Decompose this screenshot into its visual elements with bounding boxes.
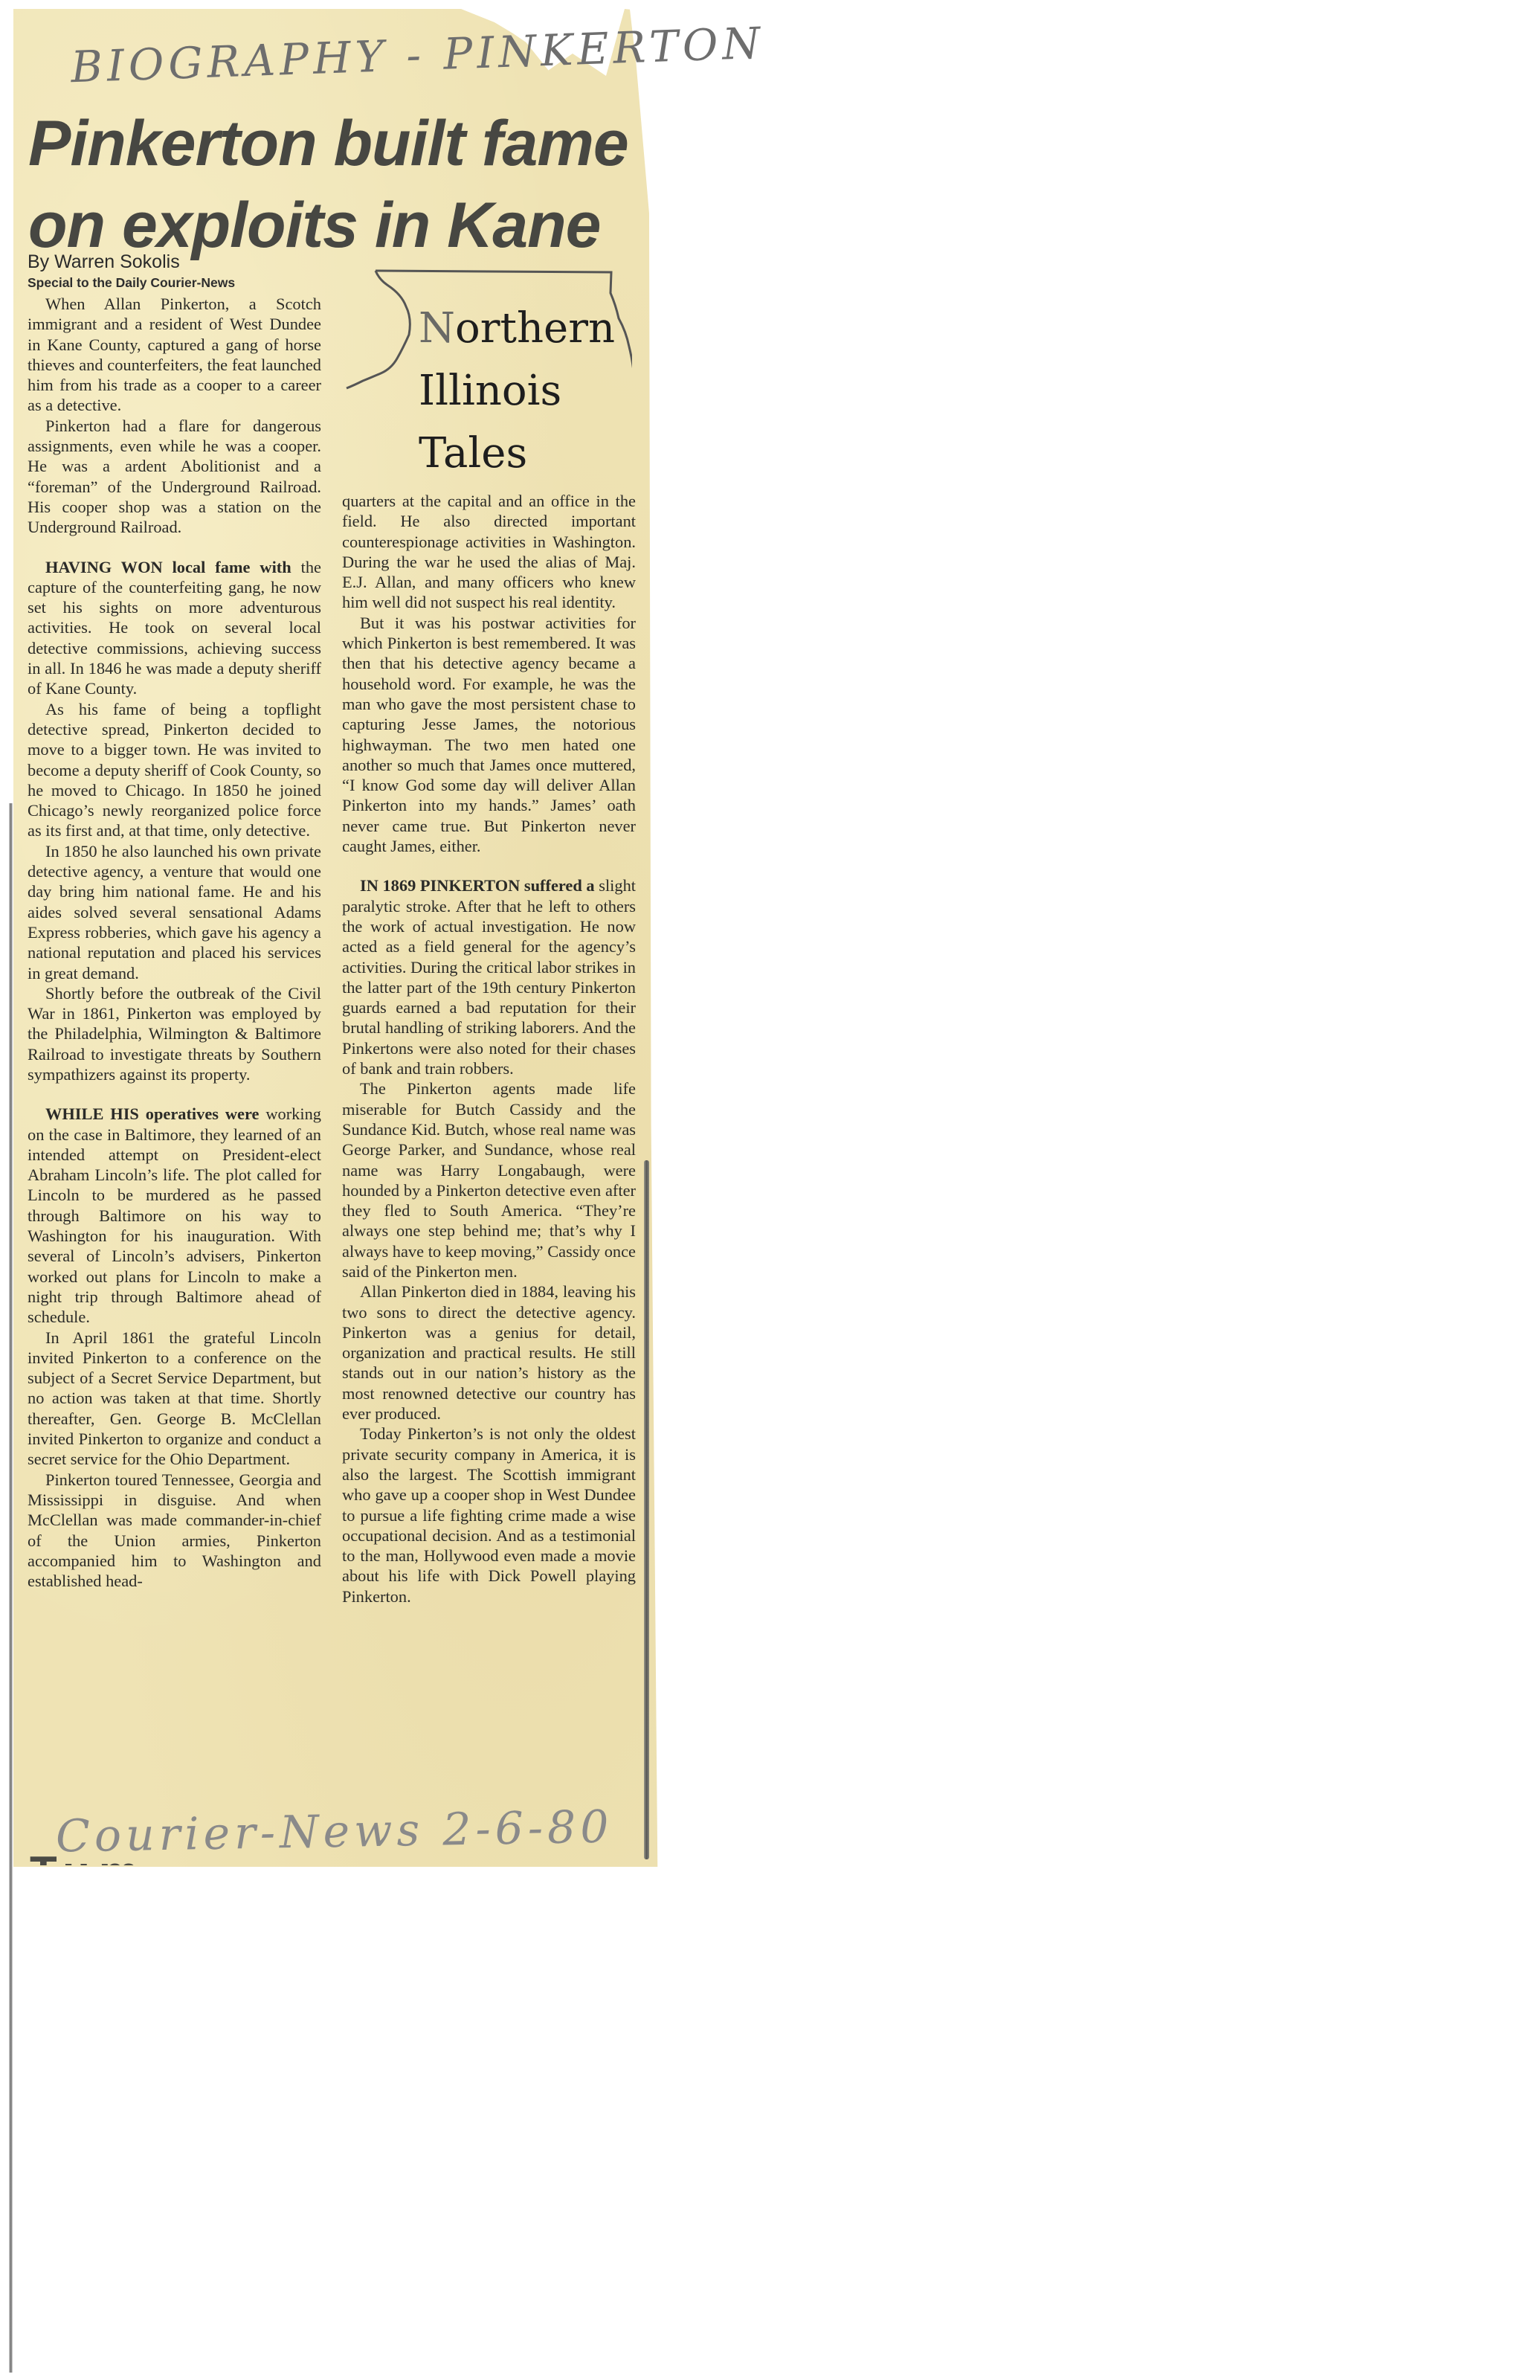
- paragraph-lead: IN 1869 PINKERTON suffered a: [360, 876, 595, 895]
- paragraph: HAVING WON local fame with the capture o…: [28, 557, 321, 699]
- paragraph: Pinkerton had a flare for dangerous assi…: [28, 416, 321, 538]
- paragraph: Shortly before the outbreak of the Civil…: [28, 983, 321, 1084]
- logo-initial: N: [419, 304, 455, 353]
- paragraph: In 1850 he also launched his own private…: [28, 841, 321, 983]
- northern-illinois-tales-logo: Northern Illinois Tales: [335, 260, 632, 476]
- paragraph: WHILE HIS operatives were working on the…: [28, 1104, 321, 1327]
- scan-edge-line: [9, 803, 13, 2373]
- paragraph: When Allan Pinkerton, a Scotch immigrant…: [28, 294, 321, 416]
- paragraph-lead: WHILE HIS operatives were: [45, 1104, 259, 1123]
- paragraph: But it was his postwar activities for wh…: [342, 613, 636, 857]
- article-column-left: When Allan Pinkerton, a Scotch immigrant…: [28, 294, 321, 1591]
- headline: Pinkerton built fame on exploits in Kane: [28, 103, 638, 266]
- paragraph-body: working on the case in Baltimore, they l…: [28, 1104, 321, 1326]
- paragraph: The Pinkerton agents made life miserable…: [342, 1078, 636, 1281]
- clipping-edge-shadow: [644, 1160, 649, 1859]
- byline: By Warren Sokolis: [28, 251, 180, 273]
- cut-off-headline: Tum...: [30, 1850, 211, 1865]
- paragraph: Today Pinkerton’s is not only the oldest…: [342, 1424, 636, 1606]
- paragraph: In April 1861 the grateful Lincoln invit…: [28, 1328, 321, 1470]
- paragraph: As his fame of being a topflight detecti…: [28, 699, 321, 841]
- logo-title: Northern Illinois Tales: [419, 297, 615, 485]
- paragraph-body: slight paralytic stroke. After that he l…: [342, 876, 636, 1078]
- headline-line-1: Pinkerton built fame: [28, 103, 638, 184]
- paragraph: Pinkerton toured Tennessee, Georgia and …: [28, 1470, 321, 1592]
- credit-line: Special to the Daily Courier-News: [28, 275, 235, 291]
- logo-line-2: Illinois: [419, 360, 615, 422]
- paragraph: quarters at the capital and an office in…: [342, 491, 636, 613]
- logo-line-3: Tales: [419, 422, 615, 485]
- article-column-right: quarters at the capital and an office in…: [342, 491, 636, 1606]
- paragraph: Allan Pinkerton died in 1884, leaving hi…: [342, 1281, 636, 1424]
- paragraph: IN 1869 PINKERTON suffered a slight para…: [342, 875, 636, 1078]
- paragraph-lead: HAVING WON local fame with: [45, 558, 291, 576]
- logo-line-1: orthern: [455, 304, 615, 353]
- paragraph-body: the capture of the counterfeiting gang, …: [28, 558, 321, 698]
